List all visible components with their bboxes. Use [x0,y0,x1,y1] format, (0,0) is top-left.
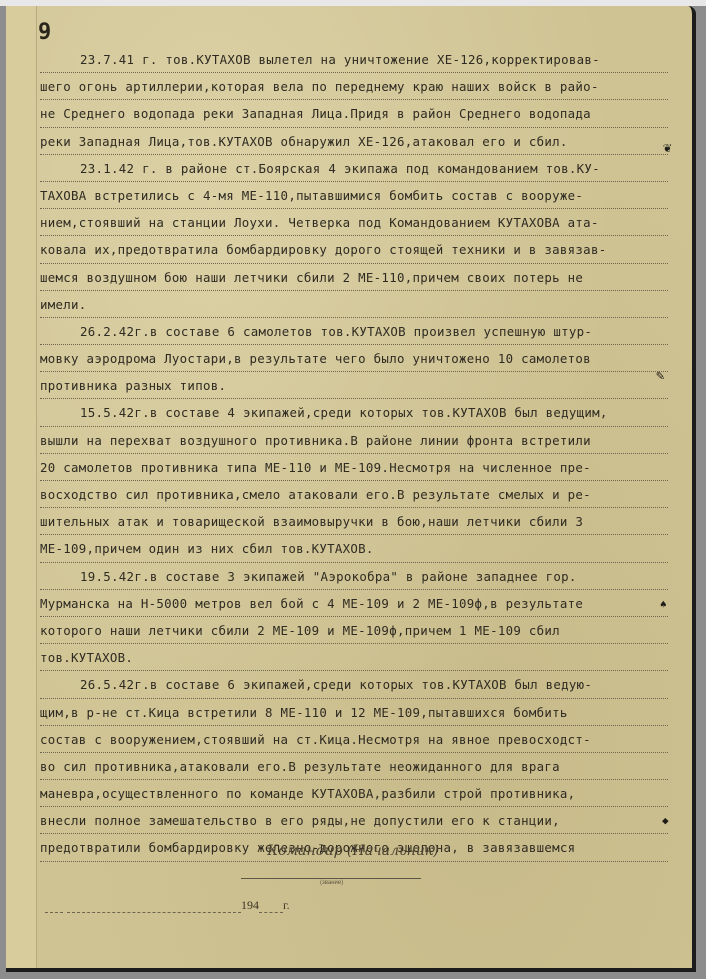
text-line: 15.5.42г.в составе 4 экипажей,среди кото… [40,399,668,426]
text-line: МЕ-109,причем один из них сбил тов.КУТАХ… [40,535,668,562]
text-line: реки Западная Лица,тов.КУТАХОВ обнаружил… [40,128,668,155]
text-line: противника разных типов. [40,372,668,399]
text-line: ковала их,предотвратила бомбардировку до… [40,236,668,263]
text-line: 23.7.41 г. тов.КУТАХОВ вылетел на уничто… [40,46,668,73]
text-line: тов.КУТАХОВ. [40,644,668,671]
text-line: 23.1.42 г. в районе ст.Боярская 4 экипаж… [40,155,668,182]
text-line: нием,стоявший на станции Лоухи. Четверка… [40,209,668,236]
text-line: во сил противника,атаковали его.В резуль… [40,753,668,780]
date-field: 194 г. [45,898,365,913]
text-line: шительных атак и товарищеской взаимовыру… [40,508,668,535]
date-year-prefix: 194 [241,898,259,913]
text-line: имели. [40,291,668,318]
text-line: внесли полное замешательство в его ряды,… [40,807,668,834]
text-line: маневра,осуществленного по команде КУТАХ… [40,780,668,807]
text-line: 20 самолетов противника типа МЕ-110 и МЕ… [40,454,668,481]
text-line: вышли на перехват воздушного противника.… [40,427,668,454]
text-line: шемся воздушном бою наши летчики сбили 2… [40,264,668,291]
date-suffix: г. [283,898,290,913]
ink-mark-icon: ◆ [662,814,669,827]
page-margin-strip [6,6,37,968]
ink-mark-icon: ♠ [660,598,667,611]
text-line: 26.2.42г.в составе 6 самолетов тов.КУТАХ… [40,318,668,345]
signature-label: Командир (Начальник) [0,843,706,859]
text-line: щим,в р-не ст.Кица встретили 8 МЕ-110 и … [40,699,668,726]
text-line: шего огонь артиллерии,которая вела по пе… [40,73,668,100]
ink-mark-icon: ❦ [663,140,671,156]
text-line: не Среднего водопада реки Западная Лица.… [40,100,668,127]
text-line: 26.5.42г.в составе 6 экипажей,среди кото… [40,671,668,698]
typewritten-body: 23.7.41 г. тов.КУТАХОВ вылетел на уничто… [40,46,668,862]
text-line: Мурманска на Н-5000 метров вел бой с 4 М… [40,590,668,617]
page-number: 9 [38,20,51,45]
date-day-blank [45,903,63,913]
document-page: 9 23.7.41 г. тов.КУТАХОВ вылетел на унич… [6,6,696,972]
signature-caption: (звание) [320,880,343,886]
text-line: восходство сил противника,смело атаковал… [40,481,668,508]
text-line: ТАХОВА встретились с 4-мя МЕ-110,пытавши… [40,182,668,209]
signature-rank-line [241,878,421,879]
text-line: мовку аэродрома Луостари,в результате че… [40,345,668,372]
text-line: которого наши летчики сбили 2 МЕ-109 и М… [40,617,668,644]
text-line: состав с вооружением,стоявший на ст.Кица… [40,726,668,753]
date-year-blank [259,903,283,913]
date-month-blank [67,903,241,913]
text-line: 19.5.42г.в составе 3 экипажей "Аэрокобра… [40,563,668,590]
ink-mark-icon: ✎ [656,368,664,384]
